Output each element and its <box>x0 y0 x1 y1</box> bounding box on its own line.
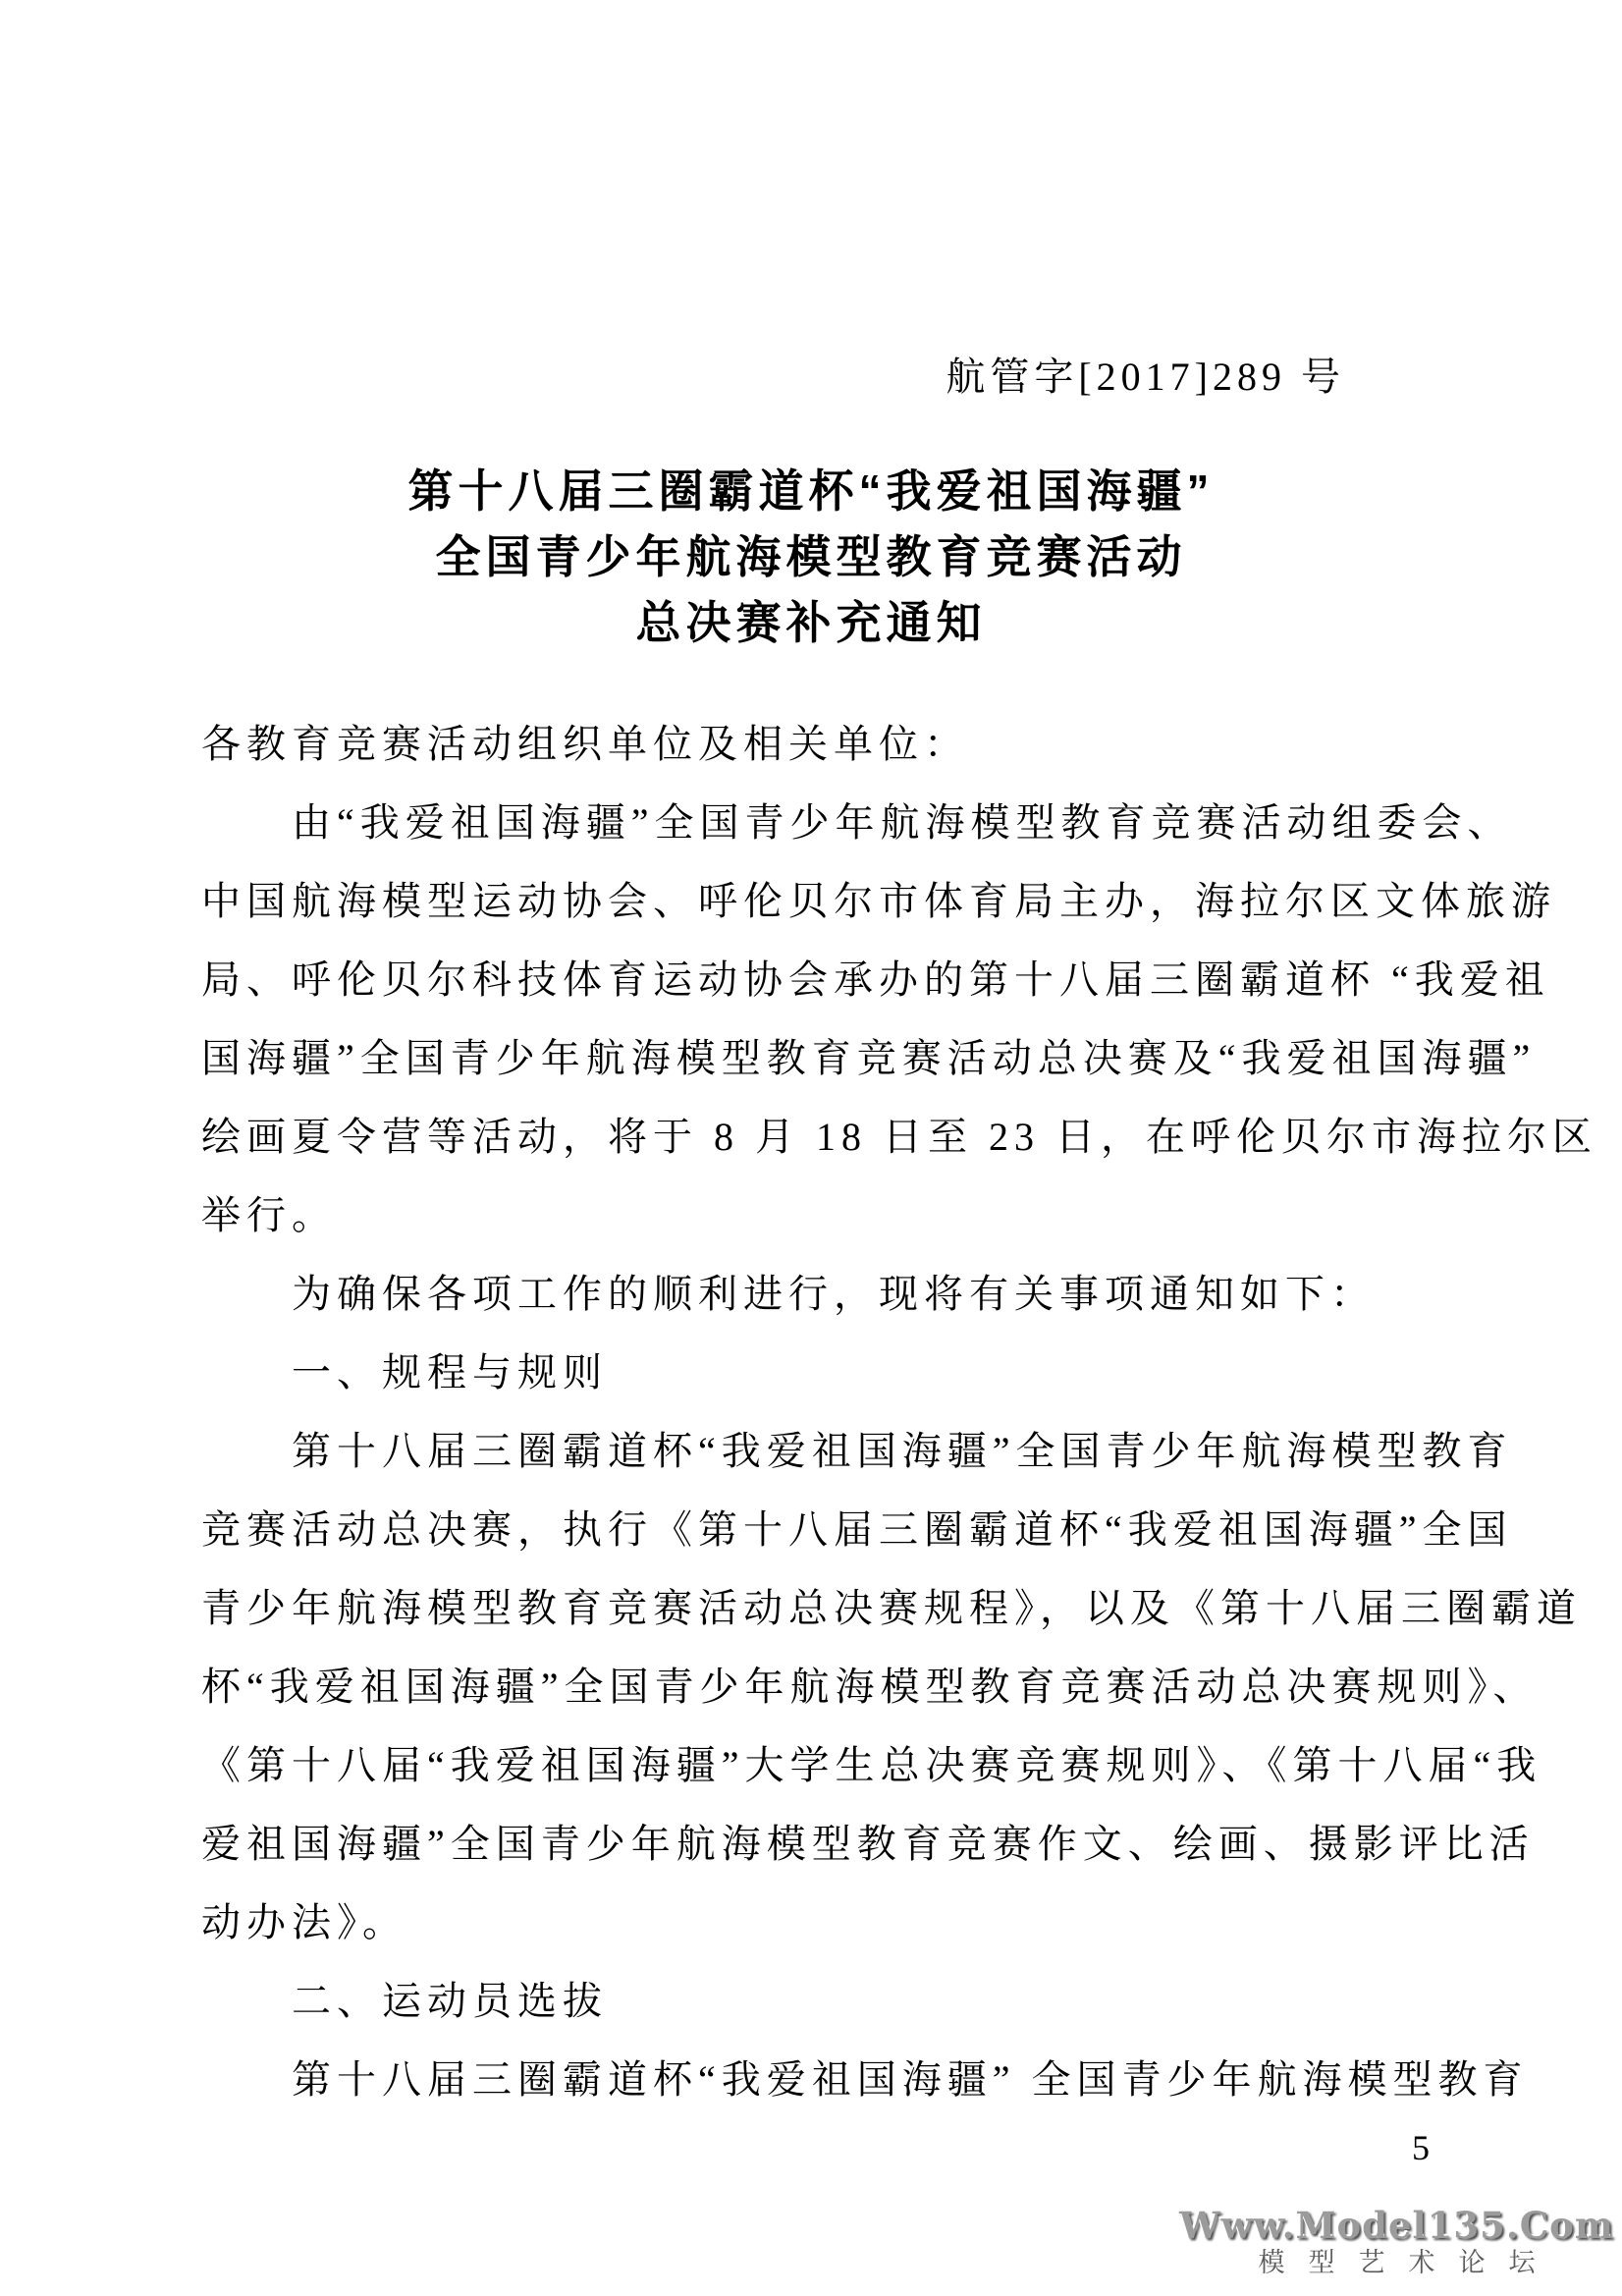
body-line: 爱祖国海疆”全国青少年航海模型教育竞赛作文、绘画、摄影评比活 <box>201 1805 1487 1884</box>
body-line: 举行。 <box>201 1176 1487 1255</box>
body-line: 由“我爱祖国海疆”全国青少年航海模型教育竞赛活动组委会、 <box>201 784 1487 862</box>
body-line: 各教育竞赛活动组织单位及相关单位： <box>201 705 1487 784</box>
section-heading-2: 二、运动员选拔 <box>201 1962 1487 2041</box>
document-body: 各教育竞赛活动组织单位及相关单位： 由“我爱祖国海疆”全国青少年航海模型教育竞赛… <box>201 705 1487 2119</box>
title-line-2: 全国青少年航海模型教育竞赛活动 <box>0 524 1622 590</box>
body-line: 青少年航海模型教育竞赛活动总决赛规程》，以及《第十八届三圈霸道 <box>201 1569 1487 1648</box>
document-page: 航管字[2017]289 号 第十八届三圈霸道杯“我爱祖国海疆” 全国青少年航海… <box>0 0 1622 2296</box>
section-heading-1: 一、规程与规则 <box>201 1334 1487 1412</box>
document-reference-number: 航管字[2017]289 号 <box>946 346 1345 402</box>
body-line: 第十八届三圈霸道杯“我爱祖国海疆”全国青少年航海模型教育 <box>201 1412 1487 1491</box>
body-line: 杯“我爱祖国海疆”全国青少年航海模型教育竞赛活动总决赛规则》、 <box>201 1648 1487 1726</box>
body-line: 动办法》。 <box>201 1884 1487 1962</box>
body-line: 第十八届三圈霸道杯“我爱祖国海疆” 全国青少年航海模型教育 <box>201 2041 1487 2119</box>
body-line: 《第十八届“我爱祖国海疆”大学生总决赛竞赛规则》、《第十八届“我 <box>201 1726 1487 1805</box>
body-line: 局、呼伦贝尔科技体育运动协会承办的第十八届三圈霸道杯 “我爱祖 <box>201 941 1487 1019</box>
body-line: 国海疆”全国青少年航海模型教育竞赛活动总决赛及“我爱祖国海疆” <box>201 1019 1487 1098</box>
title-line-1: 第十八届三圈霸道杯“我爱祖国海疆” <box>0 459 1622 524</box>
body-line: 为确保各项工作的顺利进行，现将有关事项通知如下： <box>201 1255 1487 1334</box>
body-line: 中国航海模型运动协会、呼伦贝尔市体育局主办，海拉尔区文体旅游 <box>201 862 1487 941</box>
watermark: Www.Model135.Com 模型艺术论坛 <box>1179 2208 1614 2276</box>
page-number: 5 <box>1412 2127 1430 2168</box>
title-line-3: 总决赛补充通知 <box>0 590 1622 656</box>
document-title: 第十八届三圈霸道杯“我爱祖国海疆” 全国青少年航海模型教育竞赛活动 总决赛补充通… <box>0 459 1622 656</box>
body-line: 绘画夏令营等活动，将于 8 月 18 日至 23 日，在呼伦贝尔市海拉尔区 <box>201 1098 1487 1176</box>
watermark-site-url: Www.Model135.Com <box>1179 2208 1614 2244</box>
watermark-forum-name: 模型艺术论坛 <box>1179 2250 1614 2276</box>
body-line: 竞赛活动总决赛，执行《第十八届三圈霸道杯“我爱祖国海疆”全国 <box>201 1491 1487 1569</box>
